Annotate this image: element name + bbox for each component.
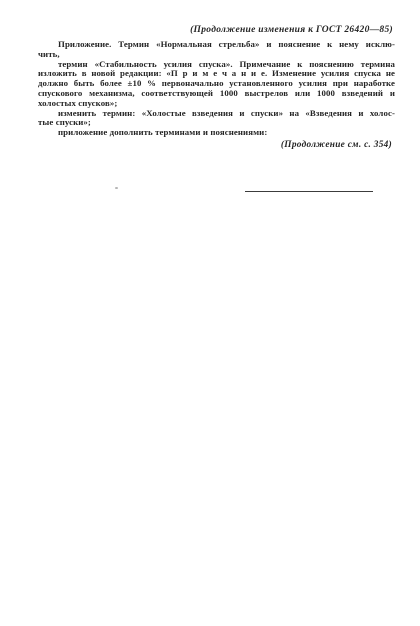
body-text: Приложение. Термин «Нормальная стрельба»… [38, 40, 395, 138]
document-page: (Продолжение изменения к ГОСТ 26420—85) … [0, 0, 420, 626]
text-line: Приложение. Термин «Нормальная стрельба»… [38, 40, 395, 50]
text-line: изменить термин: «Холостые взведения и с… [38, 109, 395, 119]
scan-artifact [115, 187, 118, 189]
text-line: приложение дополнить терминами и пояснен… [38, 128, 395, 138]
continuation-header-note: (Продолжение изменения к ГОСТ 26420—85) [0, 25, 393, 35]
separator-line [245, 191, 373, 192]
continuation-footer-note: (Продолжение см. с. 354) [281, 140, 392, 150]
